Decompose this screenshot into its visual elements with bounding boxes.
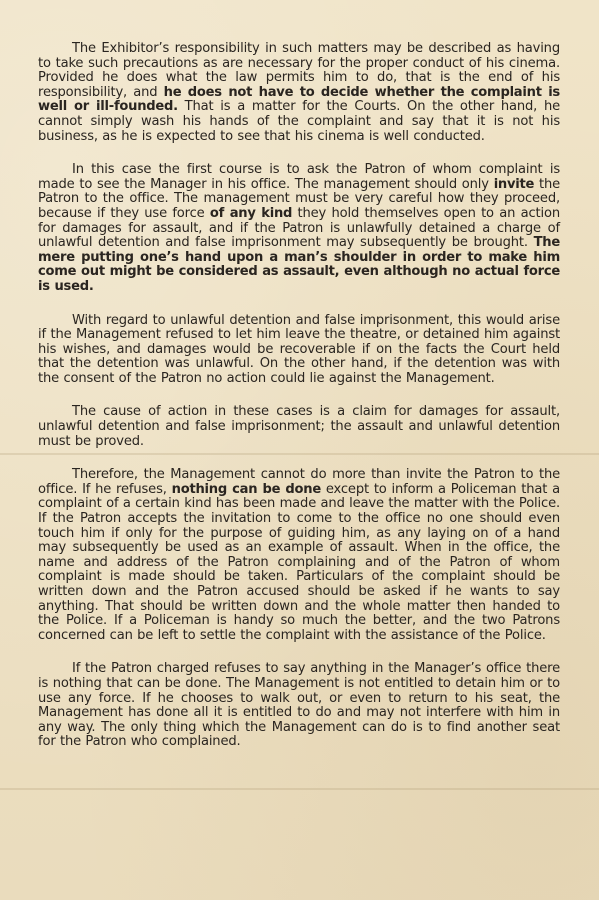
body-text: The cause of action in these cases is a …: [38, 404, 560, 448]
paragraph-cause-of-action: The cause of action in these cases is a …: [38, 405, 560, 449]
body-text: With regard to unlawful detention and fa…: [38, 313, 560, 386]
body-text: except to inform a Policeman that a comp…: [38, 482, 560, 643]
paragraph-patron-refuses: If the Patron charged refuses to say any…: [38, 662, 560, 750]
paragraph-first-course: In this case the first course is to ask …: [38, 163, 560, 294]
paragraph-exhibitor-responsibility: The Exhibitor’s responsibility in such m…: [38, 42, 560, 144]
paragraph-unlawful-detention: With regard to unlawful detention and fa…: [38, 314, 560, 387]
document-page: The Exhibitor’s responsibility in such m…: [38, 42, 560, 769]
emphasized-text: of any kind: [210, 206, 292, 221]
paper-fold-line: [0, 788, 599, 790]
body-text: If the Patron charged refuses to say any…: [38, 661, 560, 749]
paragraph-therefore: Therefore, the Management cannot do more…: [38, 468, 560, 643]
body-text: In this case the first course is to ask …: [38, 162, 560, 192]
emphasized-text: nothing can be done: [172, 482, 321, 497]
emphasized-text: invite: [494, 177, 534, 192]
